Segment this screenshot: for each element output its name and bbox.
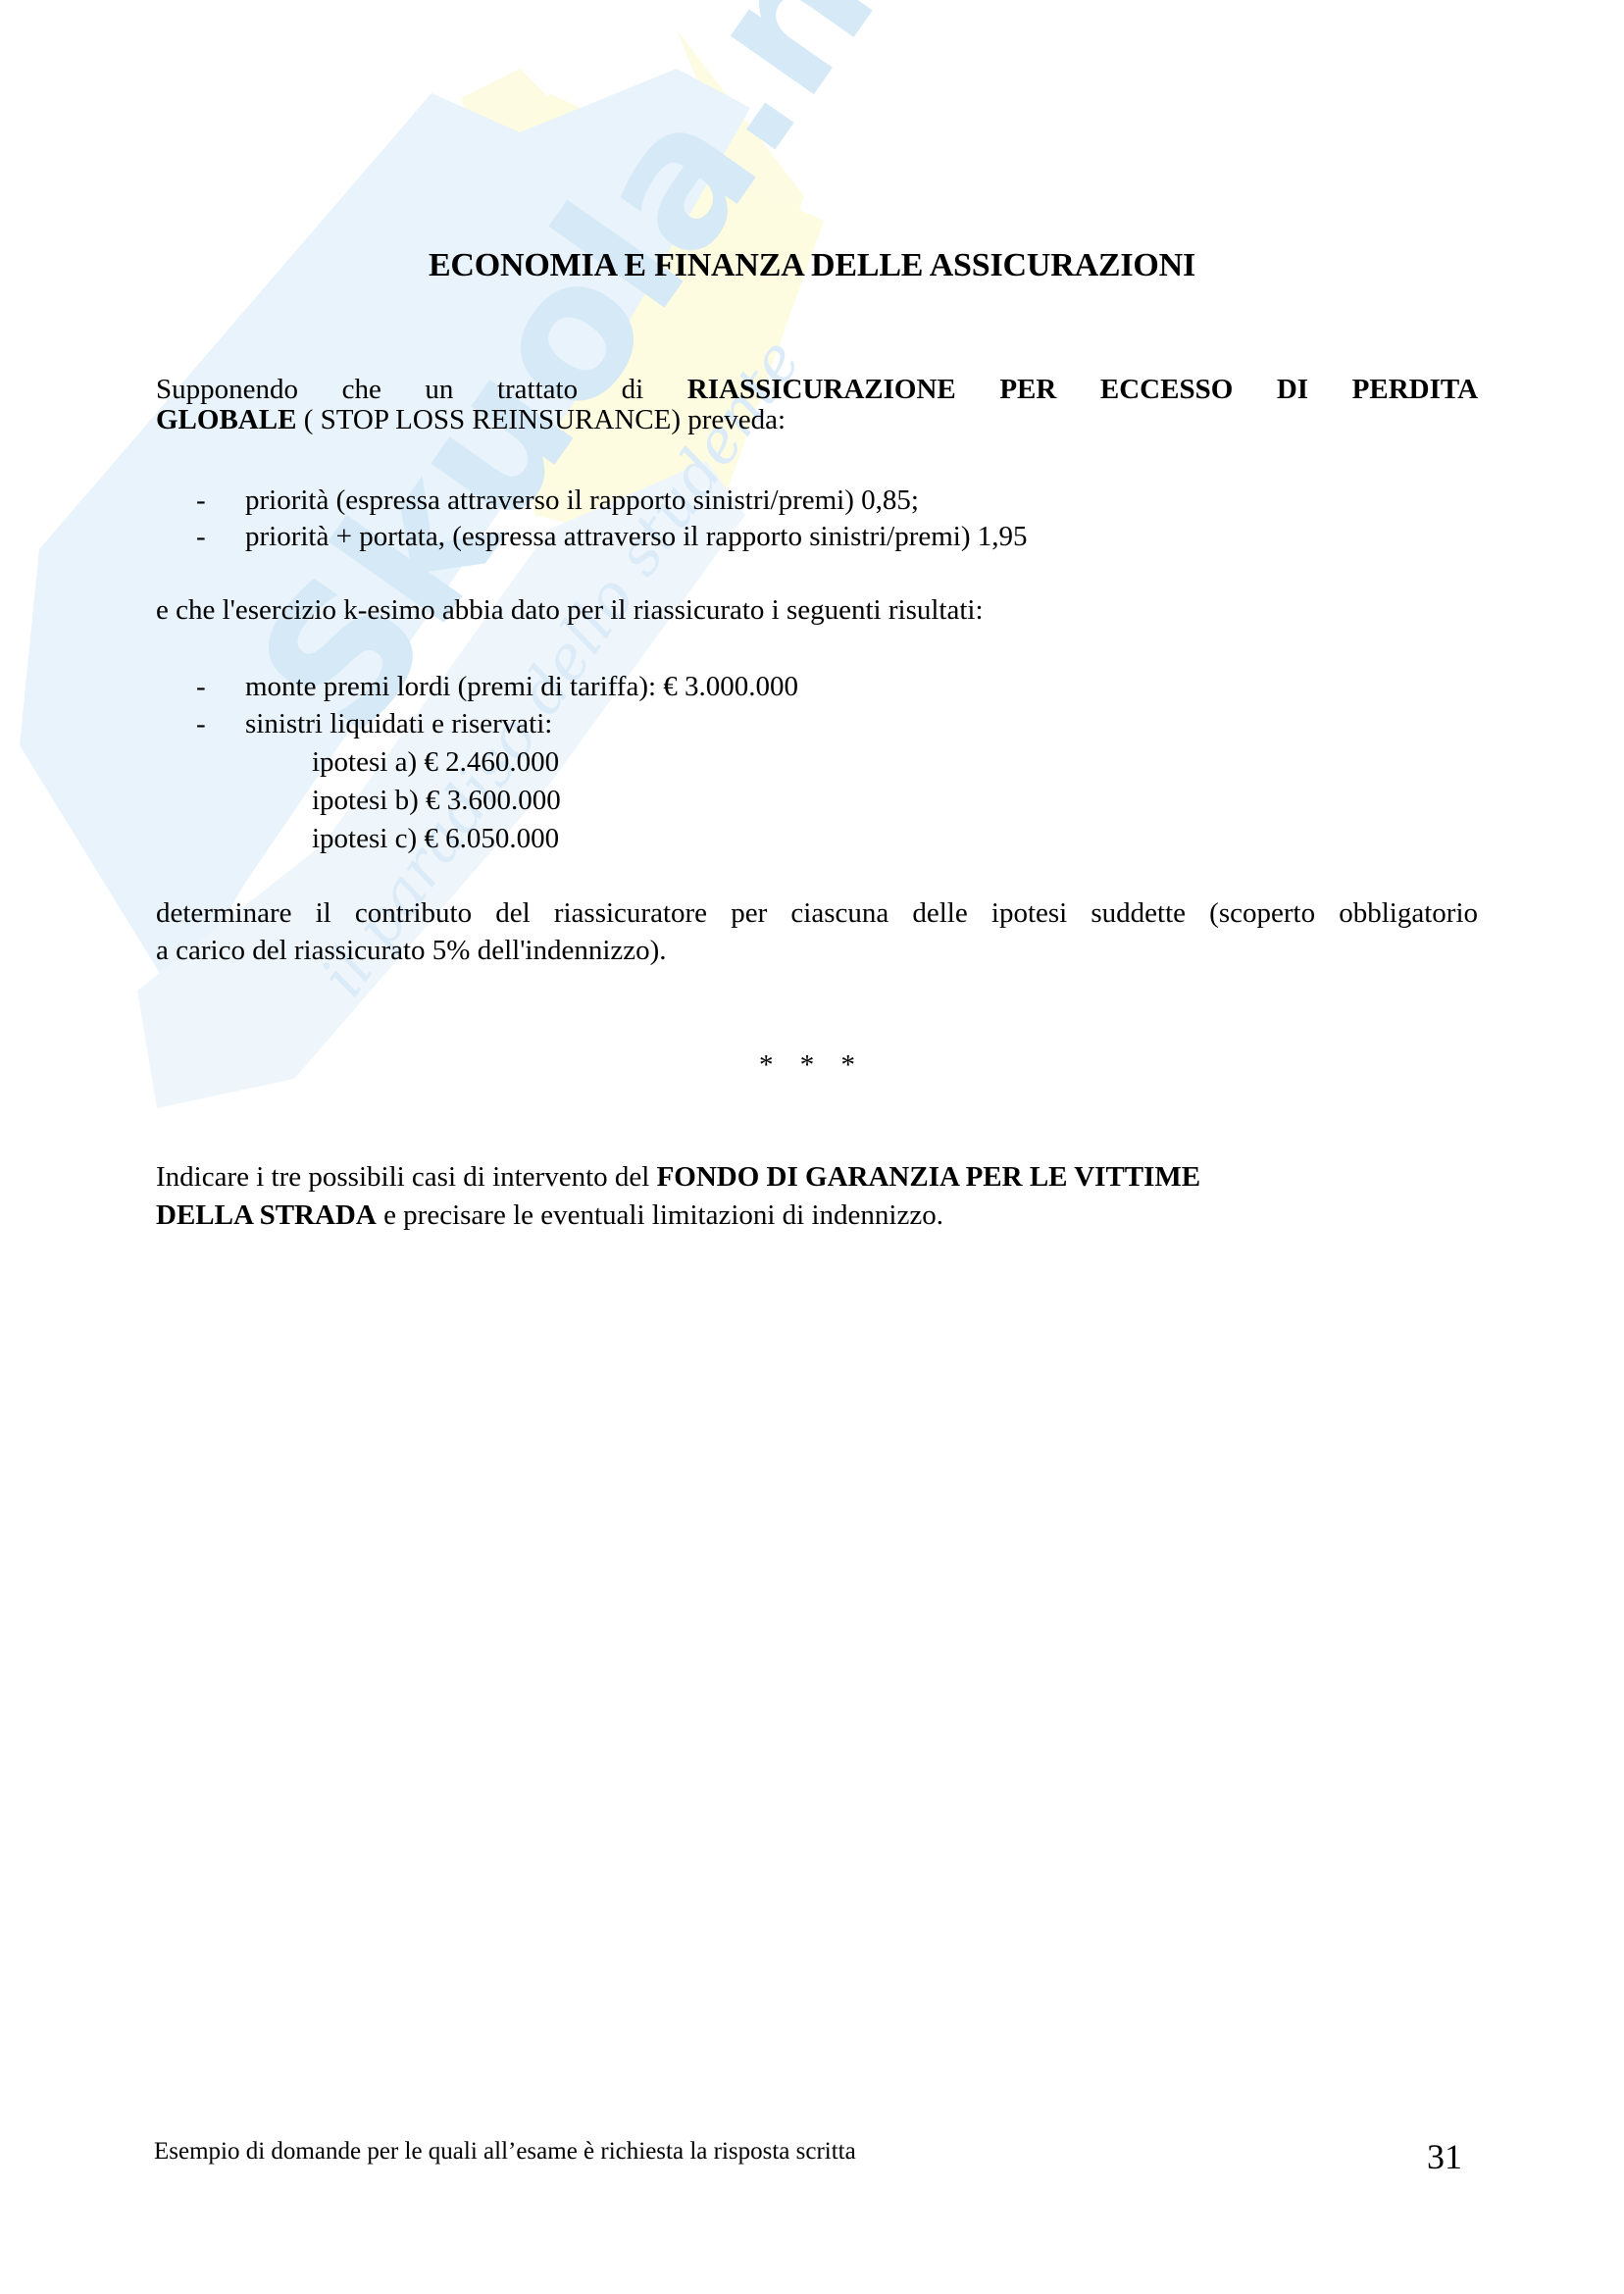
bullet-dash: - bbox=[196, 486, 206, 515]
page-number: 31 bbox=[1427, 2136, 1462, 2177]
list-item: priorità (espressa attraverso il rapport… bbox=[245, 486, 919, 515]
intro-line-2: GLOBALE ( STOP LOSS REINSURANCE) preveda… bbox=[156, 406, 786, 434]
task-line-1: determinare il contributo del riassicura… bbox=[156, 899, 1478, 928]
intro-text: Supponendo che un trattato di bbox=[156, 374, 643, 405]
intro-line-1: Supponendo che un trattato di RIASSICURA… bbox=[156, 376, 1478, 404]
document-page: ECONOMIA E FINANZA DELLE ASSICURAZIONI S… bbox=[0, 0, 1624, 2294]
results-intro: e che l'esercizio k-esimo abbia dato per… bbox=[156, 596, 984, 625]
page-title: ECONOMIA E FINANZA DELLE ASSICURAZIONI bbox=[0, 247, 1624, 284]
section-separator: * * * bbox=[0, 1049, 1624, 1082]
question2-text-2: e precisare le eventuali limitazioni di … bbox=[383, 1199, 943, 1231]
question2-bold-term: FONDO DI GARANZIA PER LE VITTIME bbox=[657, 1161, 1201, 1193]
question2-line-2: DELLA STRADA e precisare le eventuali li… bbox=[156, 1201, 943, 1230]
bullet-dash: - bbox=[196, 523, 206, 551]
bullet-dash: - bbox=[196, 673, 206, 701]
hypothesis-item: ipotesi a) € 2.460.000 bbox=[312, 748, 559, 777]
list-item: priorità + portata, (espressa attraverso… bbox=[245, 523, 1028, 551]
intro-bold-term-2: GLOBALE bbox=[156, 404, 296, 435]
intro-bold-term: RIASSICURAZIONE PER ECCESSO DI PERDITA bbox=[687, 374, 1478, 405]
footer-note: Esempio di domande per le quali all’esam… bbox=[154, 2138, 856, 2166]
hypothesis-item: ipotesi b) € 3.600.000 bbox=[312, 787, 561, 815]
task-text-2: a carico del riassicurato 5% dell'indenn… bbox=[156, 937, 667, 965]
list-item: sinistri liquidati e riservati: bbox=[245, 710, 552, 739]
question2-text: Indicare i tre possibili casi di interve… bbox=[156, 1161, 649, 1193]
bullet-dash: - bbox=[196, 710, 206, 739]
question2-bold-term-2: DELLA STRADA bbox=[156, 1199, 377, 1231]
intro-text-2: ( STOP LOSS REINSURANCE) preveda: bbox=[304, 404, 786, 435]
question2-line-1: Indicare i tre possibili casi di interve… bbox=[156, 1163, 1200, 1192]
list-item: monte premi lordi (premi di tariffa): € … bbox=[245, 673, 798, 701]
task-text: determinare il contributo del riassicura… bbox=[156, 897, 1478, 929]
hypothesis-item: ipotesi c) € 6.050.000 bbox=[312, 825, 559, 853]
